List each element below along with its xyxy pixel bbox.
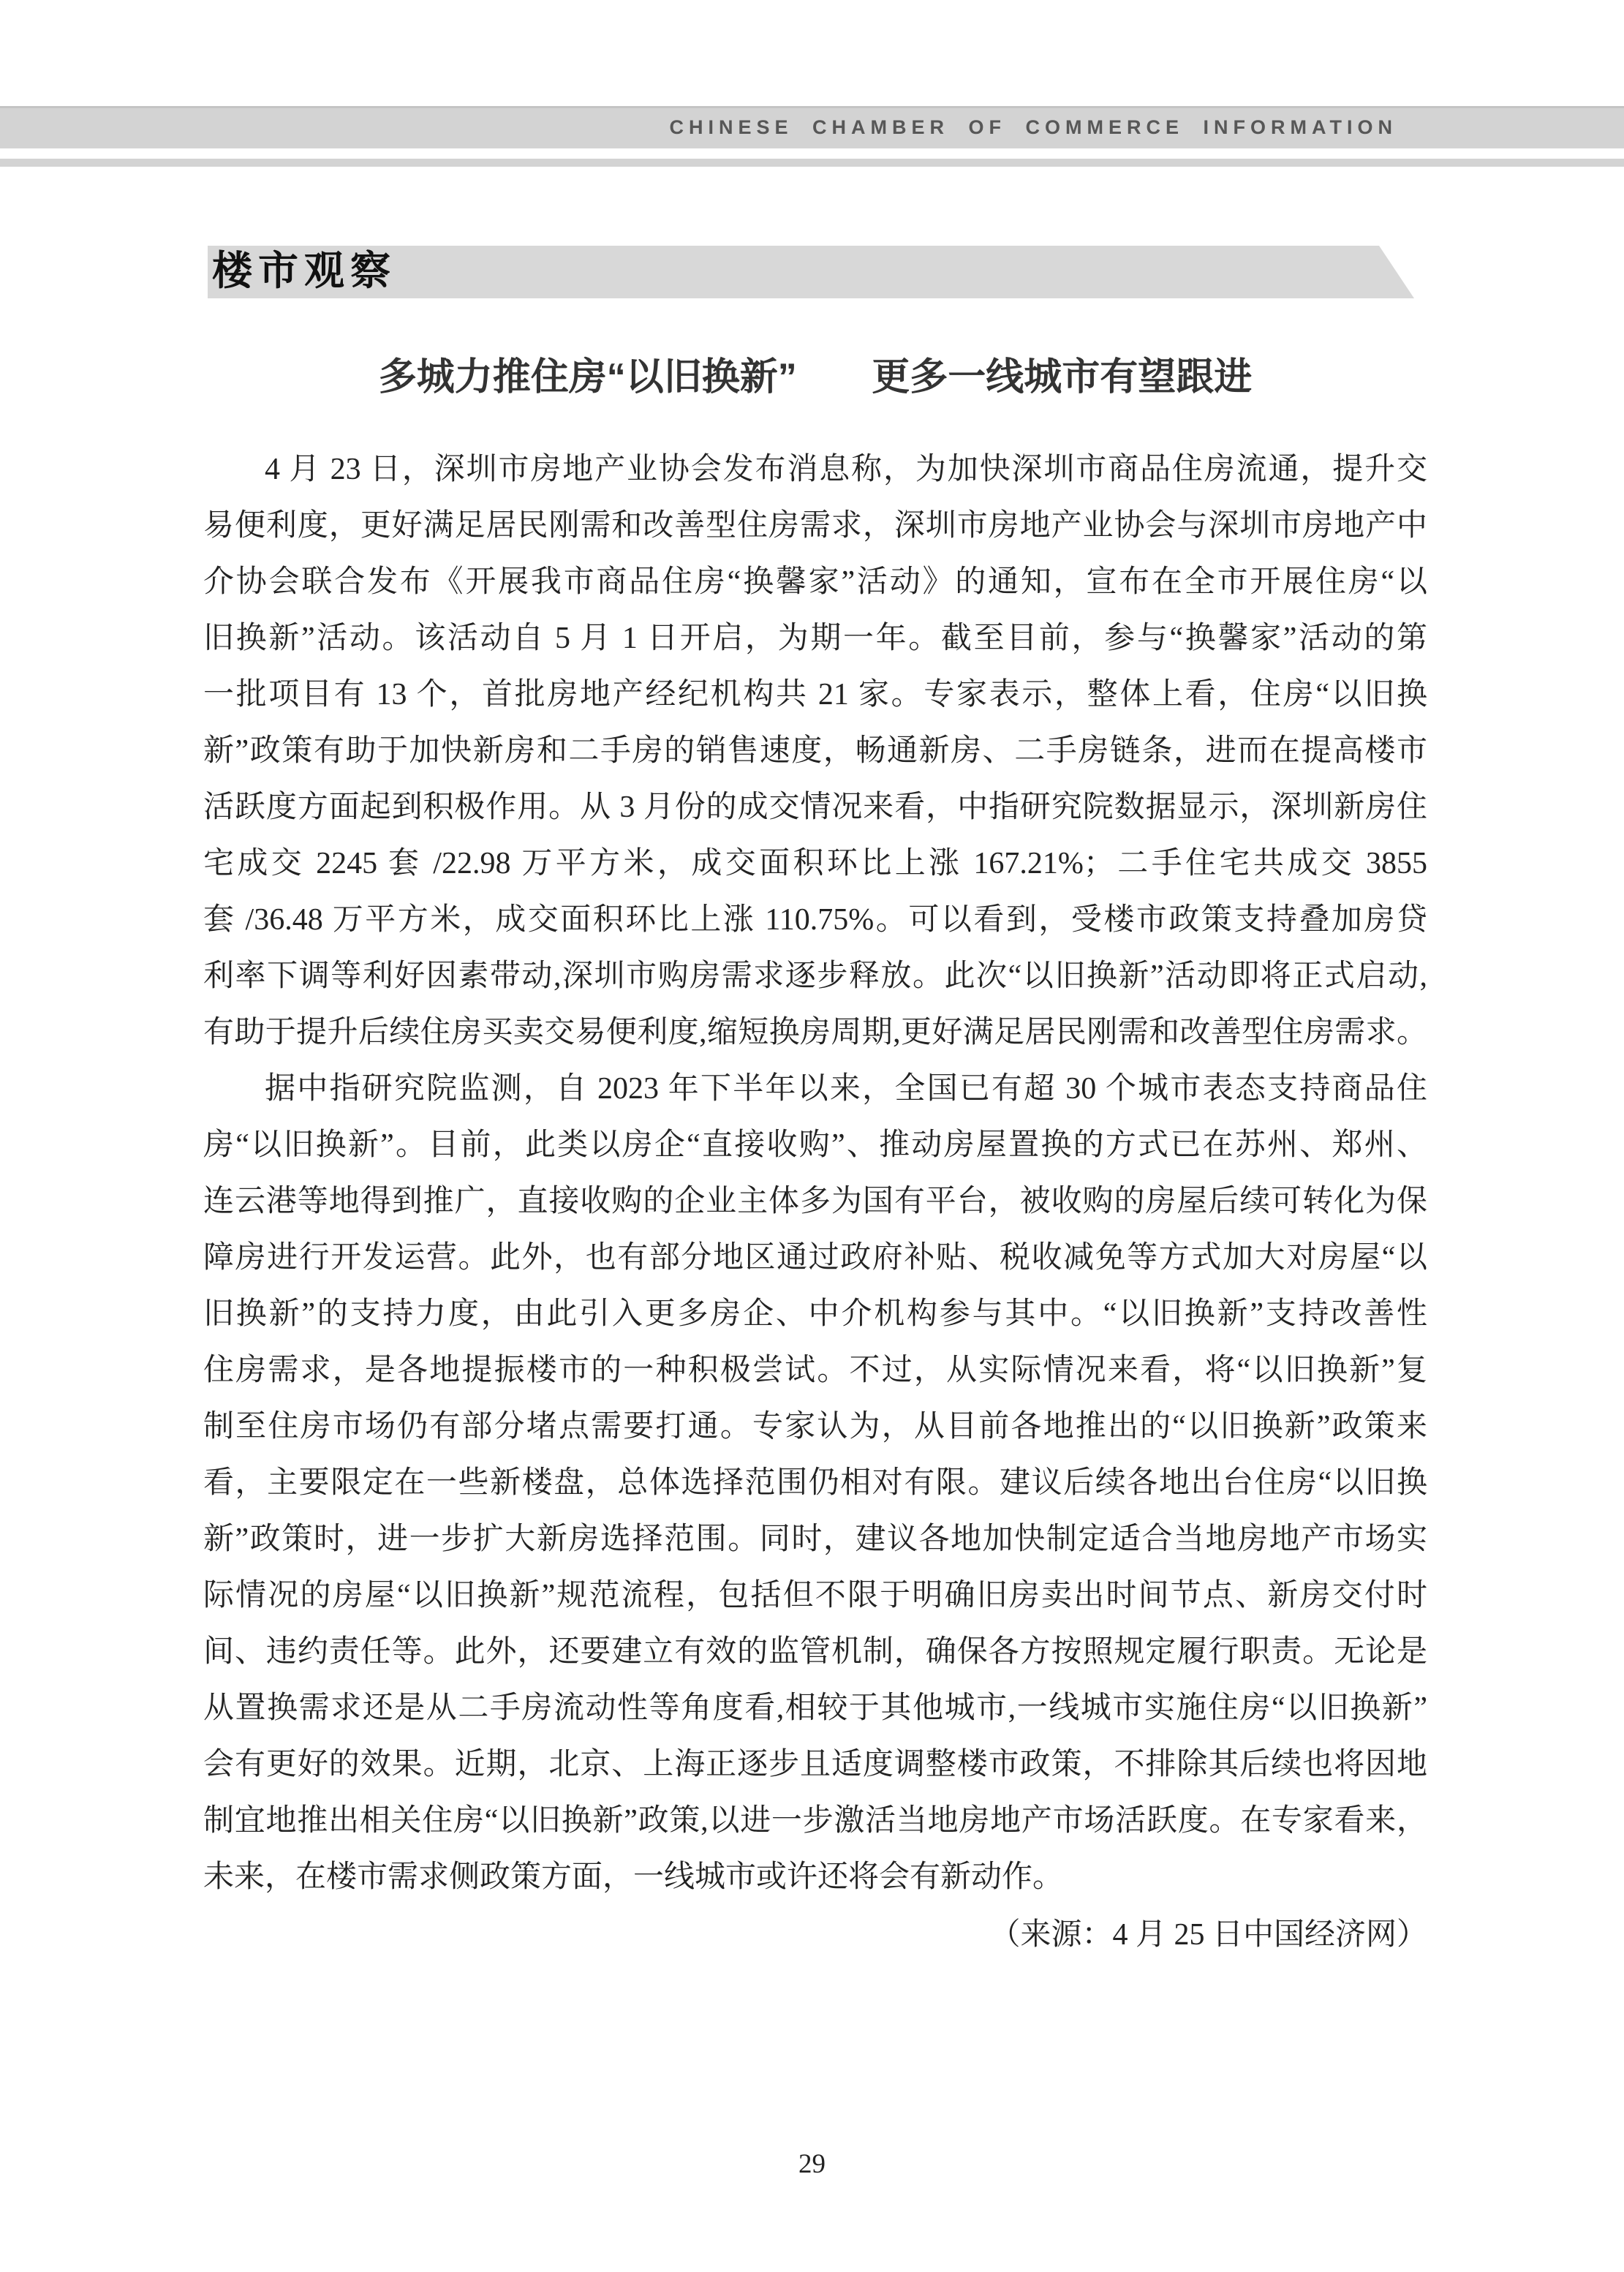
body-line: 套 /36.48 万平方米，成交面积环比上涨 110.75%。可以看到，受楼市政… [203,892,1427,948]
body-line: 障房进行开发运营。此外，也有部分地区通过政府补贴、税收减免等方式加大对房屋“以 [203,1230,1427,1286]
body-line: 4 月 23 日，深圳市房地产业协会发布消息称，为加快深圳市商品住房流通，提升交 [203,442,1427,498]
body-line: 从置换需求还是从二手房流动性等角度看,相较于其他城市,一线城市实施住房“以旧换新… [203,1680,1427,1737]
body-line: 际情况的房屋“以旧换新”规范流程，包括但不限于明确旧房卖出时间节点、新房交付时 [203,1568,1427,1624]
body-line: 制至住房市场仍有部分堵点需要打通。专家认为，从目前各地推出的“以旧换新”政策来 [203,1399,1427,1455]
body-line: 房“以旧换新”。目前，此类以房企“直接收购”、推动房屋置换的方式已在苏州、郑州、 [203,1117,1427,1174]
article-body: 4 月 23 日，深圳市房地产业协会发布消息称，为加快深圳市商品住房流通，提升交… [203,442,1427,1906]
body-line: 一批项目有 13 个，首批房地产经纪机构共 21 家。专家表示，整体上看，住房“… [203,667,1427,723]
header-english-title: CHINESE CHAMBER OF COMMERCE INFORMATION [670,106,1398,148]
page-number: 29 [0,2148,1624,2181]
body-line: 未来，在楼市需求侧政策方面，一线城市或许还将会有新动作。 [203,1849,1427,1906]
document-page: CHINESE CHAMBER OF COMMERCE INFORMATION … [0,0,1624,2272]
body-line: 旧换新”的支持力度，由此引入更多房企、中介机构参与其中。“以旧换新”支持改善性 [203,1286,1427,1343]
article-title-part1: 多城力推住房“以旧换新” [379,356,797,399]
body-line: 新”政策时，进一步扩大新房选择范围。同时，建议各地加快制定适合当地房地产市场实 [203,1511,1427,1568]
body-line: 易便利度，更好满足居民刚需和改善型住房需求，深圳市房地产业协会与深圳市房地产中 [203,498,1427,554]
body-line: 旧换新”活动。该活动自 5 月 1 日开启，为期一年。截至目前，参与“换馨家”活… [203,611,1427,667]
body-line: 活跃度方面起到积极作用。从 3 月份的成交情况来看，中指研究院数据显示，深圳新房… [203,780,1427,836]
body-line: 会有更好的效果。近期，北京、上海正逐步且适度调整楼市政策，不排除其后续也将因地 [203,1737,1427,1793]
article-title-part2: 更多一线城市有望跟进 [872,356,1252,399]
body-line: 有助于提升后续住房买卖交易便利度,缩短换房周期,更好满足居民刚需和改善型住房需求… [203,1005,1427,1061]
section-banner: 楼市观察 [208,246,1414,298]
body-line: 据中指研究院监测，自 2023 年下半年以来，全国已有超 30 个城市表态支持商… [203,1061,1427,1117]
article-title: 多城力推住房“以旧换新” 更多一线城市有望跟进 [203,355,1427,399]
body-line: 制宜地推出相关住房“以旧换新”政策,以进一步激活当地房地产市场活跃度。在专家看来… [203,1793,1427,1849]
source-attribution: （来源：4 月 25 日中国经济网） [203,1907,1427,1963]
section-banner-label: 楼市观察 [212,246,396,298]
body-line: 间、违约责任等。此外，还要建立有效的监管机制，确保各方按照规定履行职责。无论是 [203,1624,1427,1680]
body-line: 介协会联合发布《开展我市商品住房“换馨家”活动》的通知，宣布在全市开展住房“以 [203,554,1427,611]
body-line: 看，主要限定在一些新楼盘，总体选择范围仍相对有限。建议后续各地出台住房“以旧换 [203,1455,1427,1511]
body-line: 利率下调等利好因素带动,深圳市购房需求逐步释放。此次“以旧换新”活动即将正式启动… [203,948,1427,1005]
body-line: 连云港等地得到推广，直接收购的企业主体多为国有平台，被收购的房屋后续可转化为保 [203,1174,1427,1230]
body-line: 住房需求，是各地提振楼市的一种积极尝试。不过，从实际情况来看，将“以旧换新”复 [203,1343,1427,1399]
header-rule [0,159,1624,167]
body-line: 新”政策有助于加快新房和二手房的销售速度，畅通新房、二手房链条，进而在提高楼市 [203,723,1427,780]
body-line: 宅成交 2245 套 /22.98 万平方米，成交面积环比上涨 167.21%；… [203,836,1427,892]
